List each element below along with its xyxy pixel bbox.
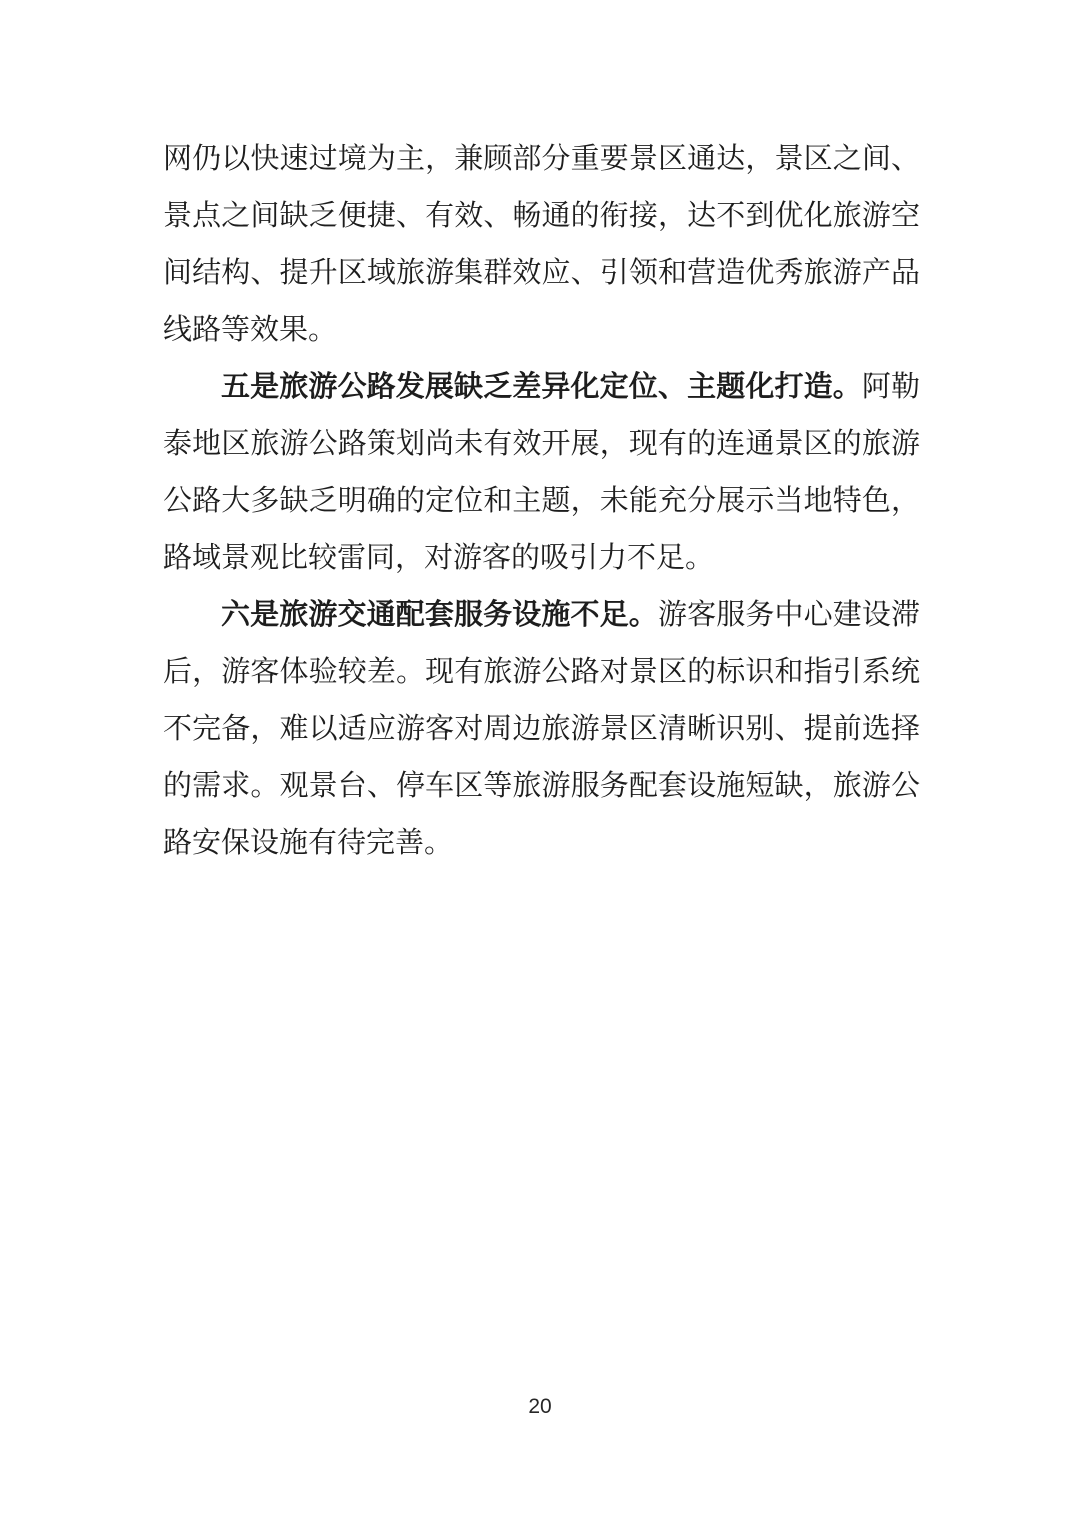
paragraph-point-five: 五是旅游公路发展缺乏差异化定位、主题化打造。阿勒泰地区旅游公路策划尚未有效开展，… (163, 359, 920, 587)
page-number: 20 (0, 1394, 1080, 1420)
page-content: 网仍以快速过境为主，兼顾部分重要景区通达，景区之间、景点之间缺乏便捷、有效、畅通… (163, 131, 920, 872)
paragraph-point-six: 六是旅游交通配套服务设施不足。游客服务中心建设滞后，游客体验较差。现有旅游公路对… (163, 587, 920, 872)
paragraph-continuation: 网仍以快速过境为主，兼顾部分重要景区通达，景区之间、景点之间缺乏便捷、有效、畅通… (163, 131, 920, 359)
paragraph-lead-bold: 五是旅游公路发展缺乏差异化定位、主题化打造。 (221, 371, 862, 403)
paragraph-text: 游客服务中心建设滞后，游客体验较差。现有旅游公路对景区的标识和指引系统不完备，难… (163, 599, 920, 859)
paragraph-text: 网仍以快速过境为主，兼顾部分重要景区通达，景区之间、景点之间缺乏便捷、有效、畅通… (163, 143, 920, 346)
document-page: 网仍以快速过境为主，兼顾部分重要景区通达，景区之间、景点之间缺乏便捷、有效、畅通… (0, 0, 1080, 1528)
paragraph-lead-bold: 六是旅游交通配套服务设施不足。 (221, 599, 658, 631)
